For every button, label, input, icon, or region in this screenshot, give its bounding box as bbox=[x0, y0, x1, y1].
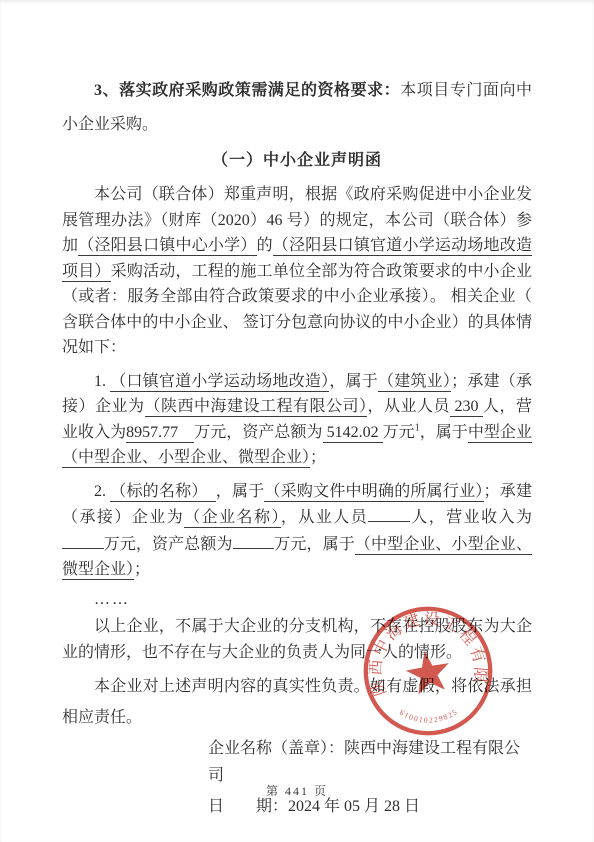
text-segment: 3、落实政府采购政策需满足的资格要求： bbox=[94, 82, 400, 99]
text-segment: （企业名称） bbox=[184, 509, 281, 528]
blank-underline bbox=[62, 531, 104, 549]
text-segment: ，属于 bbox=[216, 483, 265, 500]
text-segment: ，从业人员 bbox=[367, 398, 450, 415]
text-segment: 企业名称（盖章）：陕西中海建设工程有限公司 bbox=[208, 740, 520, 784]
text-segment: 5142.02 bbox=[323, 424, 383, 443]
text-segment: （一）中小企业声明函 bbox=[212, 152, 382, 169]
text-segment: （陕西中海建设工程有限公司） bbox=[145, 398, 368, 417]
text-segment: （采购文件中明确的所属行业） bbox=[264, 483, 483, 502]
text-segment: 的 bbox=[257, 237, 273, 254]
blank-underline bbox=[233, 531, 275, 549]
text-segment: ，属于 bbox=[329, 373, 378, 390]
text-segment: 万元，资产总额为 bbox=[194, 424, 322, 441]
text-segment: 万元，属于 bbox=[274, 536, 355, 553]
paragraph-item: 1. （口镇官道小学运动场地改造），属于（建筑业）；承建（承接）企业为（陕西中海… bbox=[62, 369, 532, 471]
text-segment: 1. bbox=[94, 373, 110, 390]
paragraph-item: 2. （标的名称） ，属于（采购文件中明确的所属行业）；承建（承接）企业为（企业… bbox=[62, 479, 532, 583]
section-heading: （一）中小企业声明函 bbox=[62, 148, 532, 174]
text-segment: ，从业人员 bbox=[281, 509, 368, 526]
text-segment: 万元 bbox=[383, 424, 415, 441]
text-segment: …… bbox=[94, 591, 130, 608]
paragraph-body: 本公司（联合体）郑重声明，根据《政府采购促进中小企业发展管理办法》（财库（202… bbox=[62, 182, 532, 361]
text-segment: 230 bbox=[450, 398, 483, 417]
text-segment: ； bbox=[134, 561, 150, 578]
text-segment: 人，营业收入为 bbox=[410, 509, 532, 526]
text-segment: 万元，资产总额为 bbox=[104, 536, 233, 553]
text-segment: 采购活动，工程的施工单位全部为符合政策要求的中小企业（或者：服务全部由符合政策要… bbox=[62, 263, 532, 357]
text-segment: （建筑业） bbox=[378, 373, 451, 392]
seal-number-text: 610010229825 bbox=[397, 698, 461, 730]
text-segment: 8957.77 bbox=[126, 424, 194, 443]
text-segment: 日 期：2024 年 05 月 28 日 bbox=[208, 798, 420, 815]
blank-underline bbox=[368, 504, 410, 522]
page-number: 第 441 页 bbox=[0, 782, 594, 799]
paragraph-signature: 企业名称（盖章）：陕西中海建设工程有限公司 bbox=[208, 735, 532, 789]
text-segment: （口镇官道小学运动场地改造） bbox=[110, 373, 329, 392]
paragraph-qual: 3、落实政府采购政策需满足的资格要求：本项目专门面向中小企业采购。 bbox=[62, 74, 532, 142]
company-seal: 陕西中海建设工程有限公司 610010229825 bbox=[350, 593, 505, 748]
document-page: 3、落实政府采购政策需满足的资格要求：本项目专门面向中小企业采购。（一）中小企业… bbox=[0, 0, 594, 842]
seal-star-icon bbox=[403, 647, 453, 695]
text-segment: 2. bbox=[94, 483, 110, 500]
text-segment: ，属于 bbox=[420, 424, 468, 441]
text-segment: ； bbox=[310, 449, 326, 466]
text-segment: （泾阳县口镇中心小学） bbox=[78, 237, 256, 256]
text-segment: （标的名称） bbox=[110, 483, 216, 502]
